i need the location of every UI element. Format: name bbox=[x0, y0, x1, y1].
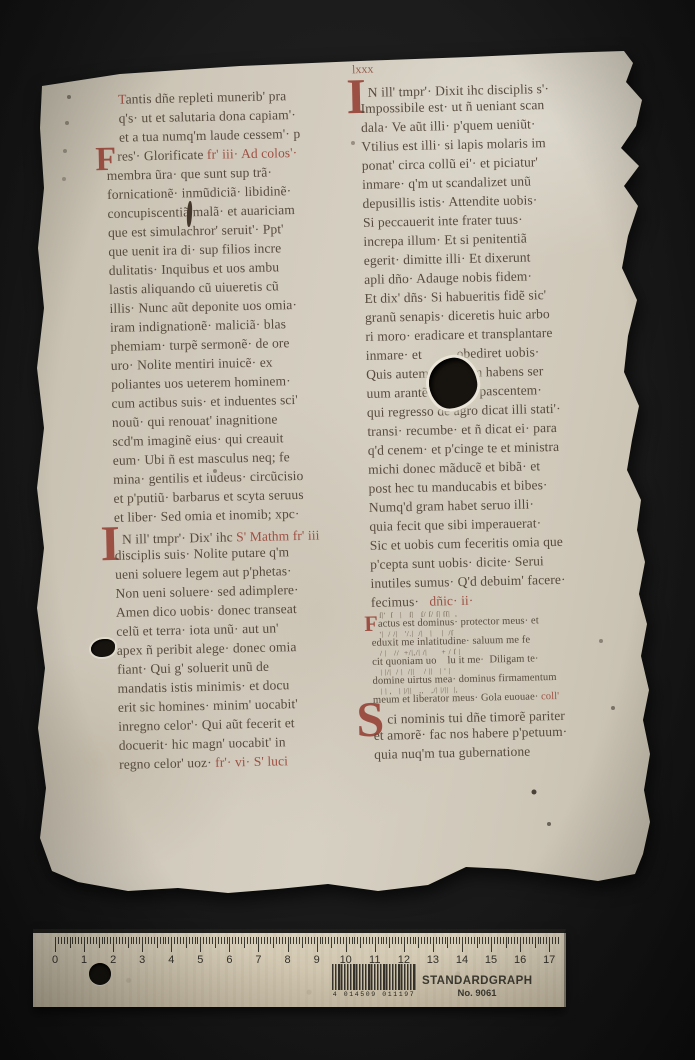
ruler-tick bbox=[119, 937, 120, 944]
text-run: scd'm imaginẽ eius· qui creauit bbox=[112, 430, 284, 449]
ruler-tick bbox=[116, 937, 117, 944]
text-run: granũ senapis· diceretis huic arbo bbox=[365, 306, 550, 325]
right-text-column: IN ill' tmpr'· Dixit ihc disciplis s'·Im… bbox=[360, 74, 642, 763]
ruler-tick bbox=[477, 937, 478, 948]
ruler-tick bbox=[494, 937, 495, 944]
ruler-tick bbox=[410, 937, 411, 944]
ruler-tick bbox=[58, 937, 59, 944]
ruler-tick bbox=[375, 937, 376, 952]
ruler-tick bbox=[325, 937, 326, 944]
ruler-tick bbox=[482, 937, 483, 944]
ruler-tick bbox=[276, 937, 277, 944]
ruler-tick bbox=[160, 937, 161, 944]
ruler-number: 14 bbox=[456, 954, 468, 966]
ruler-tick bbox=[218, 937, 219, 944]
text-run: et liber· Sed omia et inomib; xpc· bbox=[114, 506, 300, 525]
ruler-number: 3 bbox=[139, 954, 145, 966]
text-run: cum actibus suis· et induentes sci' bbox=[111, 392, 298, 411]
ruler-tick bbox=[113, 937, 114, 952]
ruler-tick bbox=[532, 937, 533, 944]
ruler-number: 15 bbox=[485, 954, 497, 966]
ruler-tick bbox=[465, 937, 466, 944]
ruler-number: 16 bbox=[514, 954, 526, 966]
ruler-tick bbox=[331, 937, 332, 948]
ruler-number: 13 bbox=[427, 954, 439, 966]
ruler-tick bbox=[421, 937, 422, 944]
barcode: 4 014509 011197 bbox=[332, 964, 416, 998]
ruler-tick bbox=[308, 937, 309, 944]
text-run: transi· recumbe· et ñ dicat ei· para bbox=[367, 420, 557, 439]
ruler-tick bbox=[343, 937, 344, 944]
ruler-tick bbox=[314, 937, 315, 944]
text-run: Amen dico uobis· donec transeat bbox=[116, 601, 297, 620]
text-run: apli dño· Adauge nobis fidem· bbox=[364, 268, 532, 287]
rubric-text: dñic· ii· bbox=[429, 593, 473, 609]
ruler-tick bbox=[84, 937, 85, 952]
ruler-tick bbox=[195, 937, 196, 944]
text-run: q's· ut et salutaria dona capiam'· bbox=[118, 107, 296, 126]
ruler-tick bbox=[264, 937, 265, 944]
text-run: illis· Nunc aũt deponite uos omia· bbox=[109, 297, 297, 316]
text-run: docuerit· hic magn' uocabit' in bbox=[119, 734, 286, 752]
ruler-tick bbox=[227, 937, 228, 944]
ruler-tick bbox=[346, 937, 347, 952]
text-run: poliantes uos ueterem hominem· bbox=[111, 373, 291, 392]
ruler-tick bbox=[430, 937, 431, 944]
ruler-tick bbox=[386, 937, 387, 944]
ruler-tick bbox=[340, 937, 341, 944]
text-run: inutiles sumus· Q'd debuim' facere· bbox=[370, 572, 565, 591]
ruler-tick bbox=[145, 937, 146, 944]
ruler-number: 1 bbox=[81, 954, 87, 966]
ruler-tick bbox=[192, 937, 193, 944]
ruler-tick bbox=[549, 937, 550, 952]
text-run: apex ñ peribit alege· donec omia bbox=[117, 639, 297, 658]
ruler-tick bbox=[282, 937, 283, 944]
text-run: uro· Nolite mentiri inuicẽ· ex bbox=[111, 355, 273, 373]
barcode-digits: 4 014509 011197 bbox=[332, 991, 416, 998]
ruler-tick bbox=[415, 937, 416, 944]
ruler-tick bbox=[514, 937, 515, 944]
ruler-tick bbox=[183, 937, 184, 944]
ruler-tick bbox=[442, 937, 443, 944]
ruler-tick bbox=[131, 937, 132, 944]
ruler-tick bbox=[543, 937, 544, 944]
ruler-tick bbox=[337, 937, 338, 944]
ruler-tick bbox=[383, 937, 384, 944]
ruler-tick bbox=[270, 937, 271, 944]
ruler-tick bbox=[485, 937, 486, 944]
text-run: Non ueni soluere· sed adimplere· bbox=[115, 582, 298, 601]
ruler-tick bbox=[206, 937, 207, 944]
text-run: dala· Ve aũt illi· p'quem ueniũt· bbox=[361, 116, 536, 135]
ruler-tick bbox=[378, 937, 379, 944]
ruler-tick bbox=[474, 937, 475, 944]
ruler-tick bbox=[250, 937, 251, 944]
ruler-tick bbox=[151, 937, 152, 944]
ruler-tick bbox=[285, 937, 286, 944]
text-run: michi donec mãducẽ et bibã· et bbox=[368, 458, 540, 477]
text-run: Vtilius est illi· si lapis molaris im bbox=[361, 135, 546, 154]
ruler-tick bbox=[133, 937, 134, 944]
ruler-tick bbox=[334, 937, 335, 944]
parchment-surface: lxxx Tantis dñe repleti munerib' praq's·… bbox=[0, 0, 695, 1060]
text-run: iram indignationẽ· maliciã· blas bbox=[110, 316, 286, 335]
ruler-number: 5 bbox=[197, 954, 203, 966]
rubric-text: fr'· vi· S' luci bbox=[215, 753, 288, 770]
text-run: mandatis istis minimis· et docu bbox=[117, 677, 289, 696]
ruler-tick bbox=[253, 937, 254, 944]
ruler-tick bbox=[128, 937, 129, 948]
ruler-tick bbox=[247, 937, 248, 944]
ruler-tick bbox=[293, 937, 294, 944]
text-run: q'd cenem· et p'cinge te et ministra bbox=[368, 439, 560, 458]
ruler-tick bbox=[215, 937, 216, 948]
text-run: inregno celor'· Qui aũt fecerit et bbox=[118, 715, 295, 734]
ruler-tick bbox=[110, 937, 111, 944]
ruler-tick bbox=[508, 937, 509, 944]
ruler-tick bbox=[366, 937, 367, 944]
ruler-tick bbox=[244, 937, 245, 948]
ruler-tick bbox=[433, 937, 434, 952]
text-run: et p'putiũ· barbarus et scyta seruus bbox=[113, 487, 303, 506]
ruler-tick bbox=[273, 937, 274, 948]
ruler-tick bbox=[404, 937, 405, 952]
ruler-tick bbox=[506, 937, 507, 948]
ruler-tick bbox=[529, 937, 530, 944]
ruler-tick bbox=[369, 937, 370, 944]
ruler-tick bbox=[288, 937, 289, 952]
ruler-tick bbox=[296, 937, 297, 944]
ruler-tick bbox=[171, 937, 172, 952]
ruler-tick bbox=[279, 937, 280, 944]
ruler-tick bbox=[197, 937, 198, 944]
ruler-tick bbox=[256, 937, 257, 944]
text-run: Et dix' dñs· Si habueritis fidẽ sic' bbox=[364, 287, 546, 306]
ruler-tick bbox=[445, 937, 446, 944]
ruler-tick bbox=[424, 937, 425, 944]
ruler-tick bbox=[174, 937, 175, 944]
text-run: res'· Glorificate bbox=[117, 147, 207, 164]
ruler-tick bbox=[157, 937, 158, 948]
text-run: inmare· q'm ut scandalizet unũ bbox=[362, 173, 531, 192]
text-run: que uenit ira di· sup filios incre bbox=[108, 240, 281, 259]
ruler-tick bbox=[189, 937, 190, 944]
ruler-tick bbox=[154, 937, 155, 944]
ruler-tick bbox=[261, 937, 262, 944]
text-run: concupiscentiã malã· et auariciam bbox=[107, 202, 295, 221]
ruler-tick bbox=[93, 937, 94, 944]
ruler-tick bbox=[224, 937, 225, 944]
text-run: fecimus· bbox=[371, 594, 430, 610]
ruler-tick bbox=[209, 937, 210, 944]
ruler-tick bbox=[535, 937, 536, 948]
ruler-tick bbox=[186, 937, 187, 948]
ruler-tick bbox=[392, 937, 393, 944]
rubric-text: fr' iii· Ad colos'· bbox=[207, 145, 298, 162]
ruler-tick bbox=[500, 937, 501, 944]
ruler-tick bbox=[538, 937, 539, 944]
ruler-tick bbox=[87, 937, 88, 944]
ruler-tick bbox=[72, 937, 73, 944]
ruler-number: 0 bbox=[52, 954, 58, 966]
ruler-tick bbox=[517, 937, 518, 944]
text-run: ponat' circa collũ ei'· et piciatur' bbox=[362, 154, 538, 173]
text-run: p'cepta sunt uobis· dicite· Serui bbox=[370, 553, 544, 572]
ruler-tick bbox=[401, 937, 402, 944]
ruler-tick bbox=[453, 937, 454, 944]
text-run: lastis aliquando cũ uiueretis cũ bbox=[109, 278, 279, 297]
ruler-model: No. 9061 bbox=[422, 988, 532, 999]
text-run: disciplis suis· Nolite putare q'm bbox=[115, 544, 290, 563]
ruler-tick bbox=[235, 937, 236, 944]
ruler-tick bbox=[311, 937, 312, 944]
ruler-tick bbox=[165, 937, 166, 944]
ruler-tick bbox=[90, 937, 91, 944]
ruler-tick bbox=[413, 937, 414, 944]
ruler-tick bbox=[468, 937, 469, 944]
ruler-tick bbox=[381, 937, 382, 944]
photo-background: lxxx Tantis dñe repleti munerib' praq's·… bbox=[0, 0, 695, 1060]
ruler-tick bbox=[75, 937, 76, 944]
ruler-tick bbox=[471, 937, 472, 944]
ruler-tick bbox=[418, 937, 419, 948]
left-text-column: Tantis dñe repleti munerib' praq's· ut e… bbox=[105, 85, 374, 774]
ruler-tick bbox=[407, 937, 408, 944]
ruler-tick bbox=[180, 937, 181, 944]
text-run: Si peccauerit inte frater tuus· bbox=[363, 212, 523, 230]
manuscript-line: regno celor' uoz· fr'· vi· S' luci bbox=[119, 750, 374, 774]
ruler-tick bbox=[163, 937, 164, 944]
ruler-tick bbox=[526, 937, 527, 944]
text-run: phemiam· turpẽ sermonẽ· de ore bbox=[110, 335, 289, 354]
ruler-tick bbox=[439, 937, 440, 944]
ruler-tick bbox=[546, 937, 547, 944]
ruler-tick bbox=[67, 937, 68, 944]
ruler-tick bbox=[78, 937, 79, 944]
ruler-tick bbox=[305, 937, 306, 944]
ruler-number: 8 bbox=[284, 954, 290, 966]
ruler-tick bbox=[456, 937, 457, 944]
text-run: fornicationẽ· inmũdiciã· libidinẽ· bbox=[107, 183, 291, 202]
ruler-tick bbox=[177, 937, 178, 944]
text-run: depusillis istis· Attendite uobis· bbox=[362, 192, 537, 211]
ruler-tick bbox=[363, 937, 364, 944]
ruler-tick bbox=[491, 937, 492, 952]
text-run: erit sic homines· minim' uocabit' bbox=[118, 696, 298, 715]
ruler-tick bbox=[102, 937, 103, 944]
text-run: eum· Ubi ñ est masculus neq; fe bbox=[113, 449, 290, 468]
ruler-tick bbox=[70, 937, 71, 948]
ruler-tick bbox=[427, 937, 428, 944]
ruler-tick bbox=[241, 937, 242, 944]
rubric-text: coll' bbox=[541, 691, 559, 702]
ruler-tick bbox=[503, 937, 504, 944]
ruler-tick bbox=[290, 937, 291, 944]
ruler-tick bbox=[238, 937, 239, 944]
ruler-tick bbox=[540, 937, 541, 944]
ruler-tick bbox=[55, 937, 56, 952]
parchment-specks bbox=[0, 0, 2, 2]
text-run: quia fecit que sibi imperauerat· bbox=[369, 515, 541, 534]
ruler-tick bbox=[320, 937, 321, 944]
ruler-tick bbox=[142, 937, 143, 952]
text-run: ri moro· eradicare et transplantare bbox=[365, 325, 552, 344]
ruler: 01234567891011121314151617 4 014509 0111… bbox=[33, 929, 566, 1007]
text-run: regno celor' uoz· bbox=[119, 755, 215, 772]
ruler-tick bbox=[372, 937, 373, 944]
ruler-tick bbox=[497, 937, 498, 944]
ruler-number: 17 bbox=[543, 954, 555, 966]
ruler-tick bbox=[352, 937, 353, 944]
text-run: Impossibile est· ut ñ ueniant scan bbox=[360, 97, 544, 116]
ruler-tick bbox=[555, 937, 556, 944]
parchment-sheet: lxxx Tantis dñe repleti munerib' praq's·… bbox=[0, 0, 695, 1060]
ruler-tick bbox=[389, 937, 390, 948]
ruler-tick bbox=[258, 937, 259, 952]
ruler-number: 2 bbox=[110, 954, 116, 966]
ruler-brand: STANDARDGRAPH bbox=[422, 975, 532, 987]
ruler-number: 4 bbox=[168, 954, 174, 966]
ruler-tick bbox=[552, 937, 553, 944]
ruler-tick bbox=[139, 937, 140, 944]
ruler-hole bbox=[89, 963, 111, 985]
text-run: ueni soluere legem aut p'phetas· bbox=[115, 563, 292, 582]
ruler-tick bbox=[357, 937, 358, 944]
ruler-tick bbox=[511, 937, 512, 944]
ruler-tick bbox=[302, 937, 303, 948]
ruler-tick bbox=[81, 937, 82, 944]
ruler-tick bbox=[203, 937, 204, 944]
text-run: que est simulachror' seruit'· Ppt' bbox=[108, 221, 284, 240]
ruler-tick bbox=[447, 937, 448, 948]
ruler-tick bbox=[459, 937, 460, 944]
ruler-tick bbox=[148, 937, 149, 944]
ruler-tick bbox=[360, 937, 361, 948]
ruler-number: 6 bbox=[226, 954, 232, 966]
ruler-tick bbox=[107, 937, 108, 944]
ruler-tick bbox=[64, 937, 65, 944]
ruler-tick bbox=[488, 937, 489, 944]
ruler-tick bbox=[395, 937, 396, 944]
ruler-tick bbox=[436, 937, 437, 944]
ruler-tick bbox=[520, 937, 521, 952]
ruler-tick bbox=[61, 937, 62, 944]
ruler-tick bbox=[354, 937, 355, 944]
text-run: post hec tu manducabis et bibes· bbox=[368, 477, 547, 496]
ruler-tick bbox=[96, 937, 97, 944]
text-run: egerit· dimitte illi· Et dixerunt bbox=[364, 249, 531, 267]
text-run: dulitatis· Inquibus et uos ambu bbox=[109, 259, 280, 278]
text-run: antis dñe repleti munerib' pra bbox=[125, 88, 286, 106]
text-run: celũ et terra· iota unũ· aut un' bbox=[116, 620, 279, 638]
text-run: quia nuq'm tua gubernatione bbox=[374, 744, 530, 762]
ruler-tick bbox=[479, 937, 480, 944]
ruler-tick bbox=[104, 937, 105, 944]
ruler-tick bbox=[267, 937, 268, 944]
ruler-number: 7 bbox=[255, 954, 261, 966]
ruler-tick bbox=[136, 937, 137, 944]
barcode-bars bbox=[332, 964, 416, 990]
ruler-brand-block: STANDARDGRAPH No. 9061 bbox=[422, 975, 532, 999]
ruler-tick bbox=[462, 937, 463, 952]
text-run: et a tua numq'm laude cessem'· p bbox=[119, 126, 301, 145]
text-run: Numq'd gram habet seruo illi· bbox=[369, 496, 534, 514]
ruler-tick bbox=[168, 937, 169, 944]
ruler-tick bbox=[558, 937, 559, 944]
ruler-tick bbox=[125, 937, 126, 944]
ruler-tick bbox=[398, 937, 399, 944]
ruler-tick bbox=[349, 937, 350, 944]
ruler-tick bbox=[322, 937, 323, 944]
parchment-hole-small bbox=[91, 639, 115, 657]
text-run: fiant· Qui g' soluerit unũ de bbox=[117, 659, 269, 677]
ruler-tick bbox=[328, 937, 329, 944]
text-run: Sic et uobis cum feceritis omia que bbox=[370, 534, 563, 553]
text-run: et amorẽ· fac nos habere p'petuum· bbox=[374, 724, 568, 743]
ruler-tick bbox=[450, 937, 451, 944]
ruler-number: 9 bbox=[314, 954, 320, 966]
ruler-tick bbox=[232, 937, 233, 944]
ruler-tick bbox=[221, 937, 222, 944]
text-run: nouũ· qui renouat' inagnitione bbox=[112, 411, 278, 429]
ruler-tick bbox=[317, 937, 318, 952]
ruler-tick bbox=[299, 937, 300, 944]
ruler-tick bbox=[523, 937, 524, 944]
ruler-tick bbox=[99, 937, 100, 948]
text-run: increpa illum· Et si penitentiã bbox=[363, 231, 527, 249]
text-run: mina· gentilis et iudeus· circũcisio bbox=[113, 468, 304, 487]
ruler-tick bbox=[200, 937, 201, 952]
ruler-tick bbox=[212, 937, 213, 944]
text-run: membra ũra· que sunt sup trã· bbox=[107, 165, 273, 183]
ruler-tick bbox=[122, 937, 123, 944]
ruler-tick bbox=[229, 937, 230, 952]
